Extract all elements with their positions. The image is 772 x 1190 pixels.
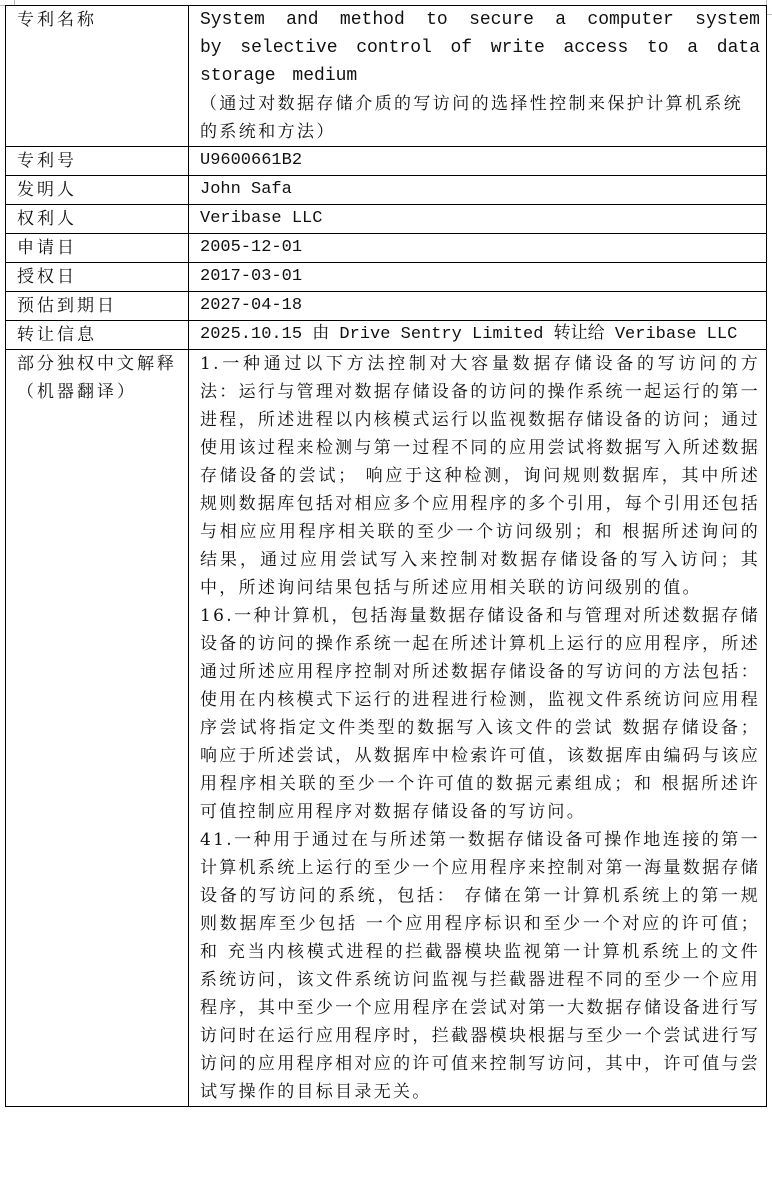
patent-title-en: System and method to secure a computer s… — [200, 6, 760, 90]
label-assignee: 权利人 — [6, 205, 189, 234]
claim-1: 1.一种通过以下方法控制对大容量数据存储设备的写访问的方法：运行与管理对数据存储… — [200, 350, 760, 602]
label-filing-date: 申请日 — [6, 234, 189, 263]
claim-16: 16.一种计算机，包括海量数据存储设备和与管理对所述数据存储设备的访问的操作系统… — [200, 602, 760, 826]
table-row-filing-date: 申请日 2005-12-01 — [6, 234, 767, 263]
label-patent-name: 专利名称 — [6, 6, 189, 147]
table-row-title: 专利名称 System and method to secure a compu… — [6, 6, 767, 147]
label-transfer-info: 转让信息 — [6, 321, 189, 350]
value-assignee: Veribase LLC — [189, 205, 767, 234]
table-row-patent-number: 专利号 U9600661B2 — [6, 147, 767, 176]
claims-cell: 1.一种通过以下方法控制对大容量数据存储设备的写访问的方法：运行与管理对数据存储… — [189, 350, 767, 1107]
claim-41: 41.一种用于通过在与所述第一数据存储设备可操作地连接的第一计算机系统上运行的至… — [200, 826, 760, 1106]
value-filing-date: 2005-12-01 — [189, 234, 767, 263]
label-patent-number: 专利号 — [6, 147, 189, 176]
value-transfer-info: 2025.10.15 由 Drive Sentry Limited 转让给 Ve… — [189, 321, 767, 350]
table-row-transfer-info: 转让信息 2025.10.15 由 Drive Sentry Limited 转… — [6, 321, 767, 350]
patent-title-cn: （通过对数据存储介质的写访问的选择性控制来保护计算机系统的系统和方法） — [200, 90, 760, 146]
patent-info-table: 专利名称 System and method to secure a compu… — [5, 5, 767, 1107]
table-row-grant-date: 授权日 2017-03-01 — [6, 263, 767, 292]
patent-title-cell: System and method to secure a computer s… — [189, 6, 767, 147]
table-row-claims: 部分独权中文解释（机器翻译） 1.一种通过以下方法控制对大容量数据存储设备的写访… — [6, 350, 767, 1107]
label-grant-date: 授权日 — [6, 263, 189, 292]
value-grant-date: 2017-03-01 — [189, 263, 767, 292]
label-expiry-date: 预估到期日 — [6, 292, 189, 321]
value-inventor: John Safa — [189, 176, 767, 205]
label-claims: 部分独权中文解释（机器翻译） — [6, 350, 189, 1107]
table-row-inventor: 发明人 John Safa — [6, 176, 767, 205]
value-patent-number: U9600661B2 — [189, 147, 767, 176]
table-row-assignee: 权利人 Veribase LLC — [6, 205, 767, 234]
value-expiry-date: 2027-04-18 — [189, 292, 767, 321]
table-row-expiry-date: 预估到期日 2027-04-18 — [6, 292, 767, 321]
label-inventor: 发明人 — [6, 176, 189, 205]
